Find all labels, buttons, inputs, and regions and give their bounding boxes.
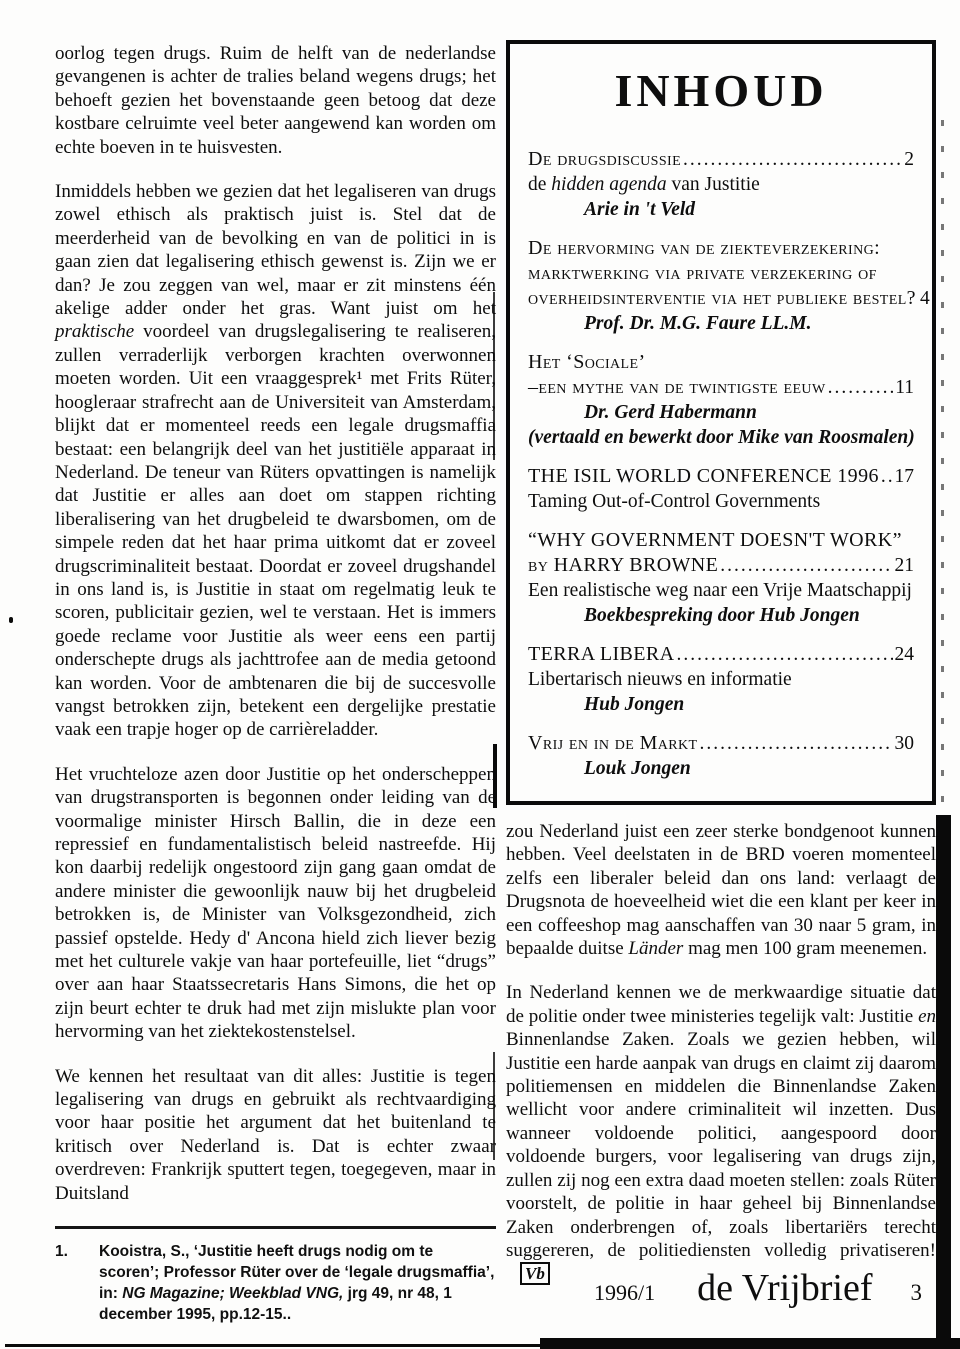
text-segment: marktwerking via private verzekering of xyxy=(528,262,877,284)
toc-line-text: De drugsdiscussie xyxy=(528,147,681,172)
toc-line-text: “WHY GOVERNMENT DOESN'T WORK” xyxy=(528,529,902,551)
text-segment: Inmiddels hebben we gezien dat het legal… xyxy=(55,181,496,319)
inhoud-box: INHOUD De drugsdiscussie................… xyxy=(506,40,936,805)
toc-line-text: by HARRY BROWNE xyxy=(528,553,718,578)
scan-artifact-column-mark-3 xyxy=(493,1052,495,1160)
toc-line-caps: TERRA LIBERA............................… xyxy=(528,642,914,667)
scan-artifact-bottom-bar xyxy=(540,1338,960,1349)
scan-artifact-right-dotted-edge xyxy=(941,120,944,815)
toc-line-text: Arie in 't Veld xyxy=(584,199,695,220)
toc-line-text: Het ‘Sociale’ xyxy=(528,351,646,373)
toc-line-text: De hervorming van de ziekteverzekering: xyxy=(528,237,880,259)
toc-page-number: 30 xyxy=(895,731,915,756)
scan-artifact-column-mark-1 xyxy=(493,292,495,460)
text-segment: De hervorming van de ziekteverzekering: xyxy=(528,237,880,259)
toc-page-number: 11 xyxy=(895,375,914,400)
text-segment: oorlog tegen drugs. Ruim de helft van de… xyxy=(55,43,496,158)
toc-line-caps: THE ISIL WORLD CONFERENCE 1996..........… xyxy=(528,464,914,489)
toc-line-sub: de hidden agenda van Justitie xyxy=(528,172,914,197)
scanned-magazine-page: oorlog tegen drugs. Ruim de helft van de… xyxy=(0,0,960,1349)
toc-line-caps: Vrij en in de Markt.....................… xyxy=(528,731,914,756)
text-segment: Boekbespreking door Hub Jongen xyxy=(584,605,860,626)
toc-line-sub: Een realistische weg naar een Vrije Maat… xyxy=(528,578,914,603)
text-segment: Het vruchteloze azen door Justitie op he… xyxy=(55,764,496,1042)
toc-line-text: (vertaald en bewerkt door Mike van Roosm… xyxy=(528,427,915,448)
toc-line-author: Boekbespreking door Hub Jongen xyxy=(528,603,914,628)
text-segment: Dr. Gerd Habermann xyxy=(584,402,757,423)
text-segment: by HARRY BROWNE xyxy=(528,554,718,576)
text-segment: Libertarisch nieuws en informatie xyxy=(528,669,792,690)
toc-line-text: Dr. Gerd Habermann xyxy=(584,402,757,423)
toc-line-caps: marktwerking via private verzekering of xyxy=(528,261,914,286)
toc-line-caps: Het ‘Sociale’ xyxy=(528,350,914,375)
footer-issue: 1996/1 xyxy=(594,1280,655,1306)
toc-entry: TERRA LIBERA............................… xyxy=(528,642,914,717)
toc-line-author: Hub Jongen xyxy=(528,692,914,717)
paragraph-inmiddels: Inmiddels hebben we gezien dat het legal… xyxy=(55,180,496,742)
toc-line-text: –een mythe van de twintigste eeuw xyxy=(528,375,826,400)
toc-line-text: marktwerking via private verzekering of xyxy=(528,262,877,284)
footer-page-number: 3 xyxy=(911,1280,923,1306)
text-segment: NG Magazine; Weekblad VNG, xyxy=(122,1285,343,1302)
toc-line-caps: by HARRY BROWNE.........................… xyxy=(528,553,914,578)
text-segment: THE ISIL WORLD CONFERENCE 1996 xyxy=(528,465,879,487)
toc-dot-leader: ........................................… xyxy=(828,375,894,400)
left-column: oorlog tegen drugs. Ruim de helft van de… xyxy=(55,42,496,1325)
toc-page-number: 24 xyxy=(895,642,915,667)
footer-magazine-title: de Vrijbrief xyxy=(697,1266,872,1310)
text-segment: de xyxy=(528,174,551,195)
footnote-text: Kooistra, S., ‘Justitie heeft drugs nodi… xyxy=(99,1241,496,1325)
paragraph-resultaat: We kennen het resultaat van dit alles: J… xyxy=(55,1065,496,1205)
text-segment: hidden agenda xyxy=(551,174,666,195)
toc-line-author: Arie in 't Veld xyxy=(528,197,914,222)
paragraph-vruchteloze: Het vruchteloze azen door Justitie op he… xyxy=(55,763,496,1044)
toc-line-text: de hidden agenda van Justitie xyxy=(528,174,760,195)
toc-page-number: 17 xyxy=(895,464,915,489)
toc-entry: “WHY GOVERNMENT DOESN'T WORK”by HARRY BR… xyxy=(528,528,914,628)
toc-entry: De drugsdiscussie.......................… xyxy=(528,147,914,222)
text-segment: voordeel van drugslegalisering te realis… xyxy=(55,321,496,740)
toc-entries: De drugsdiscussie.......................… xyxy=(528,147,914,781)
text-segment: Taming Out-of-Control Governments xyxy=(528,491,820,512)
footnote-divider xyxy=(55,1226,496,1229)
toc-line-text: Prof. Dr. M.G. Faure LL.M. xyxy=(584,313,812,334)
scan-artifact-left-dot xyxy=(9,617,13,623)
toc-entry: THE ISIL WORLD CONFERENCE 1996..........… xyxy=(528,464,914,514)
text-segment: De drugsdiscussie xyxy=(528,148,681,170)
text-segment: We kennen het resultaat van dit alles: J… xyxy=(55,1066,496,1204)
toc-entry: Het ‘Sociale’–een mythe van de twintigst… xyxy=(528,350,914,450)
toc-line-sub: Libertarisch nieuws en informatie xyxy=(528,667,914,692)
text-segment: –een mythe van de twintigste eeuw xyxy=(528,376,826,398)
text-segment: mag men 100 gram meenemen. xyxy=(683,938,927,959)
page-footer: 1996/1 de Vrijbrief 3 xyxy=(506,1266,936,1310)
toc-line-caps: De hervorming van de ziekteverzekering: xyxy=(528,236,914,261)
text-segment: Binnenlandse Zaken. Zoals we gezien hebb… xyxy=(506,1029,936,1261)
text-segment: “WHY GOVERNMENT DOESN'T WORK” xyxy=(528,529,902,551)
scan-artifact-column-mark-2 xyxy=(493,744,497,808)
toc-line-text: Hub Jongen xyxy=(584,694,684,715)
toc-dot-leader: ........................................… xyxy=(720,553,892,578)
toc-line-text: Louk Jongen xyxy=(584,758,691,779)
toc-line-text: overheidsinterventie via het publieke be… xyxy=(528,286,916,311)
toc-line-caps: “WHY GOVERNMENT DOESN'T WORK” xyxy=(528,528,914,553)
text-segment: Het ‘Sociale’ xyxy=(528,351,646,373)
text-segment: Länder xyxy=(628,938,683,959)
text-segment: In Nederland kennen we de merkwaardige s… xyxy=(506,982,936,1026)
toc-line-sub: Taming Out-of-Control Governments xyxy=(528,489,914,514)
text-segment: TERRA LIBERA xyxy=(528,643,674,665)
text-segment: Prof. Dr. M.G. Faure LL.M. xyxy=(584,313,812,334)
toc-line-author: Prof. Dr. M.G. Faure LL.M. xyxy=(528,311,914,336)
text-segment: overheidsinterventie via het publieke be… xyxy=(528,287,916,309)
text-segment: (vertaald en bewerkt door Mike van Roosm… xyxy=(528,427,915,448)
toc-line-text: Vrij en in de Markt xyxy=(528,731,697,756)
paragraph-oorlog: oorlog tegen drugs. Ruim de helft van de… xyxy=(55,42,496,159)
toc-line-caps: De drugsdiscussie.......................… xyxy=(528,147,914,172)
footnote-marker: 1. xyxy=(55,1241,99,1325)
toc-dot-leader: ........................................… xyxy=(881,464,893,489)
toc-dot-leader: ........................................… xyxy=(683,147,902,172)
toc-entry: De hervorming van de ziekteverzekering:m… xyxy=(528,236,914,336)
toc-line-author-flush: (vertaald en bewerkt door Mike van Roosm… xyxy=(528,425,914,450)
toc-line-text: TERRA LIBERA xyxy=(528,642,674,667)
toc-line-text: Taming Out-of-Control Governments xyxy=(528,491,820,512)
toc-line-author: Louk Jongen xyxy=(528,756,914,781)
toc-entry: Vrij en in de Markt.....................… xyxy=(528,731,914,781)
text-segment: Een realistische weg naar een Vrije Maat… xyxy=(528,580,912,601)
text-segment: Louk Jongen xyxy=(584,758,691,779)
toc-line-author: Dr. Gerd Habermann xyxy=(528,400,914,425)
paragraph-ministeries-text: In Nederland kennen we de merkwaardige s… xyxy=(506,982,936,1260)
toc-line-caps: overheidsinterventie via het publieke be… xyxy=(528,286,914,311)
text-segment: Vrij en in de Markt xyxy=(528,732,697,754)
inhoud-title: INHOUD xyxy=(528,64,914,117)
toc-line-text: Een realistische weg naar een Vrije Maat… xyxy=(528,580,912,601)
footnote-1: 1. Kooistra, S., ‘Justitie heeft drugs n… xyxy=(55,1241,496,1325)
text-segment: praktische xyxy=(55,321,134,342)
toc-line-text: THE ISIL WORLD CONFERENCE 1996 xyxy=(528,464,879,489)
paragraph-bondgenoot: zou Nederland juist een zeer sterke bond… xyxy=(506,820,936,960)
toc-dot-leader: ........................................… xyxy=(699,731,892,756)
text-segment: Arie in 't Veld xyxy=(584,199,695,220)
toc-page-number: 4 xyxy=(920,286,930,311)
right-column: INHOUD De drugsdiscussie................… xyxy=(506,40,936,1307)
text-segment: en xyxy=(918,1006,936,1027)
toc-line-text: Libertarisch nieuws en informatie xyxy=(528,669,792,690)
scan-artifact-right-bar xyxy=(936,815,951,1349)
text-segment: van Justitie xyxy=(667,174,760,195)
toc-page-number: 21 xyxy=(895,553,915,578)
paragraph-ministeries: In Nederland kennen we de merkwaardige s… xyxy=(506,981,936,1285)
scan-artifact-bottom-line xyxy=(5,1344,565,1347)
text-segment: Hub Jongen xyxy=(584,694,684,715)
toc-line-text: Boekbespreking door Hub Jongen xyxy=(584,605,860,626)
toc-dot-leader: ........................................… xyxy=(676,642,892,667)
toc-page-number: 2 xyxy=(904,147,914,172)
toc-line-caps: –een mythe van de twintigste eeuw.......… xyxy=(528,375,914,400)
